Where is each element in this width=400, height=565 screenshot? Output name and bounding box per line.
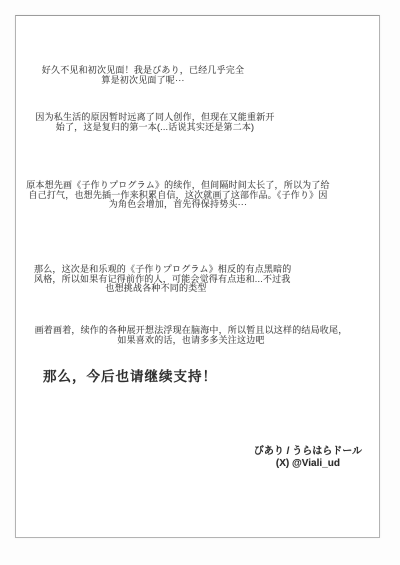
paragraph-line: 也想挑战各种不同的类型 [34, 284, 278, 294]
paragraph-line: 如果喜欢的话，也请多多关注这边吧 [26, 335, 356, 345]
author-name-line: びあり / うらはらドール [254, 446, 362, 458]
screenshot-stage: 好久不见和初次见面！我是びあり，已经几乎完全 算是初次见面了呢··· 因为私生活… [0, 0, 400, 565]
paragraph-line: 因为私生活的原因暂时远离了同人创作，但现在又能重新开 [16, 112, 294, 122]
paragraph-line: 为角色会增加，首先得保持势头··· [24, 200, 332, 210]
author-signature: びあり / うらはらドール (X) @Viali_ud [254, 446, 362, 469]
afterword-paragraph-return: 因为私生活的原因暂时远离了同人创作，但现在又能重新开 始了，这是复归的第一本(.… [16, 112, 294, 132]
closing-line: 那么，今后也请继续支持！ [43, 369, 217, 385]
afterword-paragraph-style-note: 那么，这次是和乐观的《子作りプログラム》相反的有点黑暗的 风格，所以如果有记得前… [34, 265, 278, 294]
afterword-paragraph-ending-note: 画着画着，续作的各种展开想法浮现在脑海中，所以暂且以这样的结局收尾， 如果喜欢的… [26, 325, 356, 345]
paragraph-line: 画着画着，续作的各种展开想法浮现在脑海中，所以暂且以这样的结局收尾， [26, 325, 356, 335]
afterword-paragraph-sequel-plans: 原本想先画《子作りプログラム》的续作，但间隔时间太长了，所以为了给 自己打气，也… [24, 181, 332, 210]
afterword-paragraph-greeting: 好久不见和初次见面！我是びあり，已经几乎完全 算是初次见面了呢··· [16, 65, 270, 85]
paragraph-line: 算是初次见面了呢··· [16, 75, 270, 85]
paragraph-line: 好久不见和初次见面！我是びあり，已经几乎完全 [16, 65, 270, 75]
social-handle-line: (X) @Viali_ud [254, 458, 362, 470]
paragraph-line: 始了，这是复归的第一本(...话说其实还是第二本) [16, 122, 294, 132]
afterword-page: 好久不见和初次见面！我是びあり，已经几乎完全 算是初次见面了呢··· 因为私生活… [15, 15, 380, 538]
